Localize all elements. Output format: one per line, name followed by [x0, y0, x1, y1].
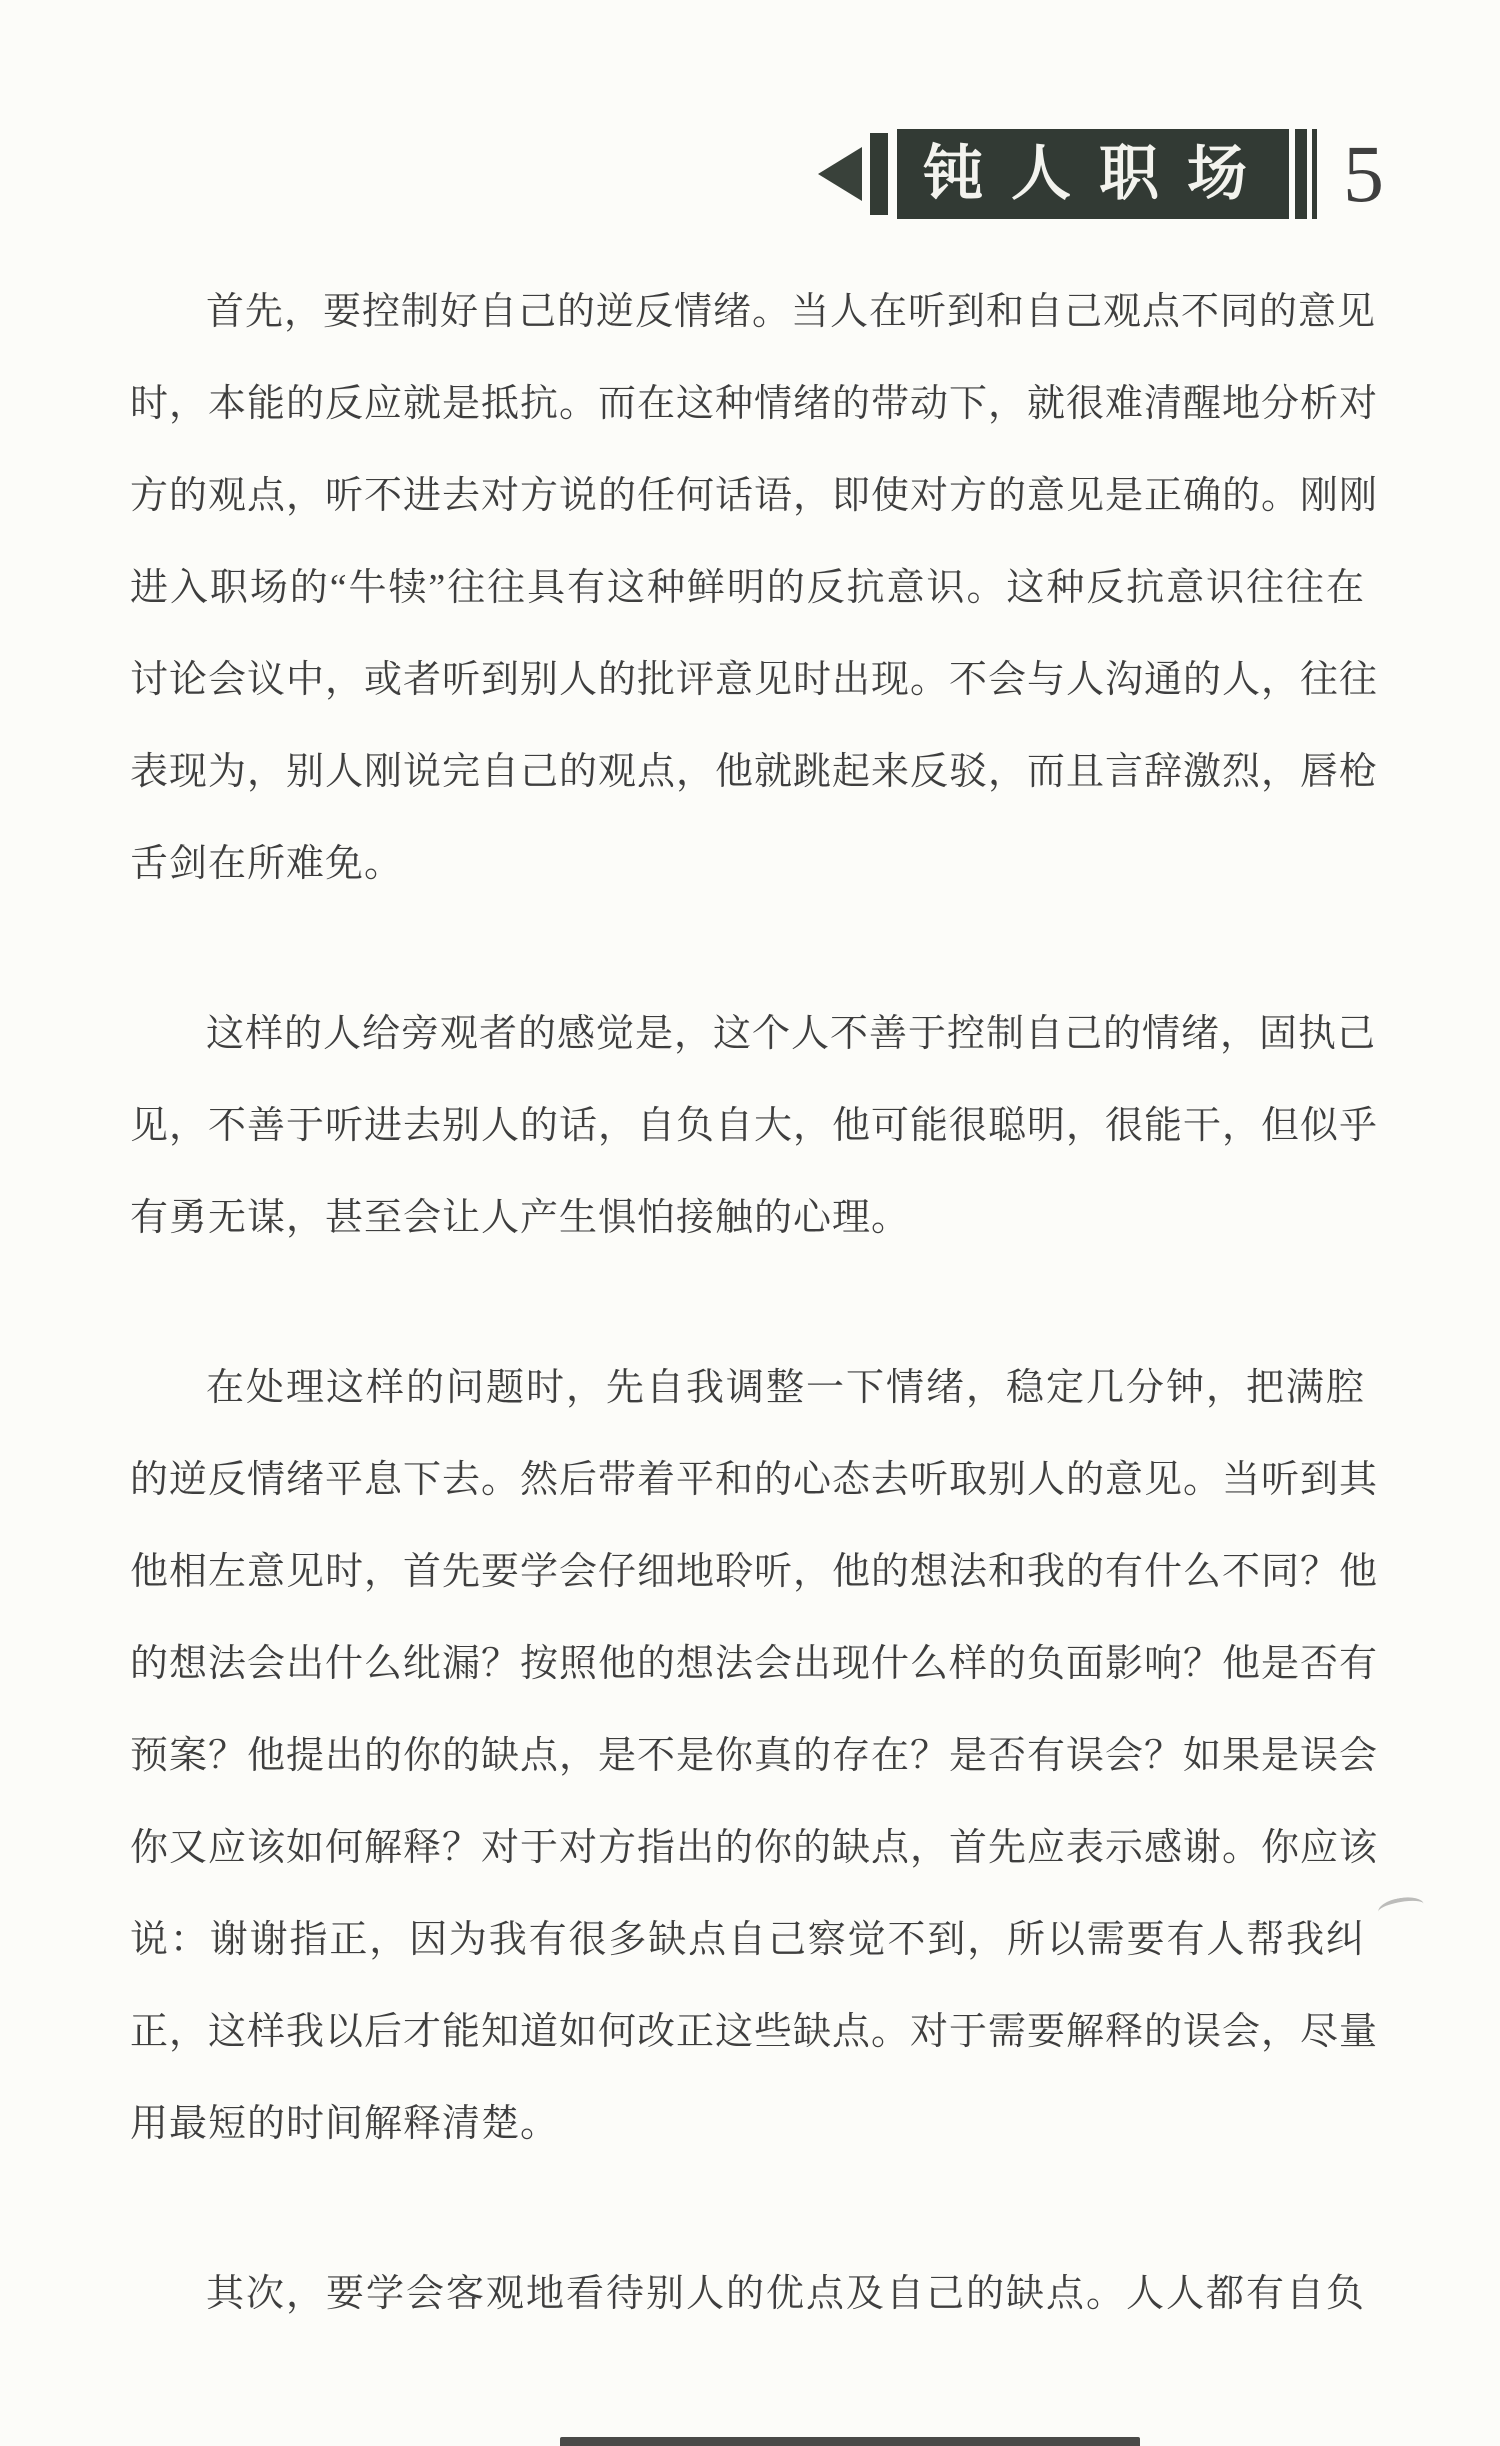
pencil-scan-mark — [1377, 1894, 1426, 1922]
text-line: 进入职场的“牛犊”往往具有这种鲜明的反抗意识。这种反抗意识往往在 — [130, 542, 1365, 634]
banner-right-bar-2 — [1312, 129, 1317, 219]
text-line: 舌剑在所难免。 — [130, 818, 1365, 910]
paragraph: 首先，要控制好自己的逆反情绪。当人在听到和自己观点不同的意见时，本能的反应就是抵… — [130, 266, 1365, 910]
text-line: 用最短的时间解释清楚。 — [130, 2078, 1365, 2170]
text-line: 有勇无谋，甚至会让人产生惧怕接触的心理。 — [130, 1172, 1365, 1264]
text-line: 你又应该如何解释？对于对方指出的你的缺点，首先应表示感谢。你应该 — [130, 1802, 1365, 1894]
text-line: 的想法会出什么纰漏？按照他的想法会出现什么样的负面影响？他是否有 — [130, 1618, 1365, 1710]
text-line: 预案？他提出的你的缺点，是不是你真的存在？是否有误会？如果是误会 — [130, 1710, 1365, 1802]
chapter-title: 钝人职场 — [923, 144, 1275, 204]
text-line: 正，这样我以后才能知道如何改正这些缺点。对于需要解释的误会，尽量 — [130, 1986, 1365, 2078]
body-text: 首先，要控制好自己的逆反情绪。当人在听到和自己观点不同的意见时，本能的反应就是抵… — [130, 266, 1365, 2340]
paragraph: 其次，要学会客观地看待别人的优点及自己的缺点。人人都有自负 — [130, 2248, 1365, 2340]
page-bottom-scan-edge — [560, 2437, 1140, 2446]
text-line: 表现为，别人刚说完自己的观点，他就跳起来反驳，而且言辞激烈，唇枪 — [130, 726, 1365, 818]
text-line: 时，本能的反应就是抵抗。而在这种情绪的带动下，就很难清醒地分析对 — [130, 358, 1365, 450]
text-line: 在处理这样的问题时，先自我调整一下情绪，稳定几分钟，把满腔 — [130, 1342, 1365, 1434]
text-line: 首先，要控制好自己的逆反情绪。当人在听到和自己观点不同的意见 — [130, 266, 1365, 358]
scanned-book-page: 钝人职场 5 首先，要控制好自己的逆反情绪。当人在听到和自己观点不同的意见时，本… — [0, 0, 1500, 2446]
text-line: 的逆反情绪平息下去。然后带着平和的心态去听取别人的意见。当听到其 — [130, 1434, 1365, 1526]
page-header: 钝人职场 5 — [818, 128, 1384, 220]
text-line: 讨论会议中，或者听到别人的批评意见时出现。不会与人沟通的人，往往 — [130, 634, 1365, 726]
text-line: 见，不善于听进去别人的话，自负自大，他可能很聪明，很能干，但似乎 — [130, 1080, 1365, 1172]
text-line: 方的观点，听不进去对方说的任何话语，即使对方的意见是正确的。刚刚 — [130, 450, 1365, 542]
banner-left-bar — [870, 133, 888, 215]
chapter-title-banner: 钝人职场 — [897, 129, 1289, 219]
text-line: 这样的人给旁观者的感觉是，这个人不善于控制自己的情绪，固执己 — [130, 988, 1365, 1080]
page-number: 5 — [1343, 133, 1384, 215]
bookmark-arrow-icon — [818, 147, 862, 201]
text-line: 他相左意见时，首先要学会仔细地聆听，他的想法和我的有什么不同？他 — [130, 1526, 1365, 1618]
text-line: 其次，要学会客观地看待别人的优点及自己的缺点。人人都有自负 — [130, 2248, 1365, 2340]
banner-right-bar-1 — [1295, 129, 1307, 219]
paragraph: 这样的人给旁观者的感觉是，这个人不善于控制自己的情绪，固执己见，不善于听进去别人… — [130, 988, 1365, 1264]
text-line: 说：谢谢指正，因为我有很多缺点自己察觉不到，所以需要有人帮我纠 — [130, 1894, 1365, 1986]
paragraph: 在处理这样的问题时，先自我调整一下情绪，稳定几分钟，把满腔的逆反情绪平息下去。然… — [130, 1342, 1365, 2170]
